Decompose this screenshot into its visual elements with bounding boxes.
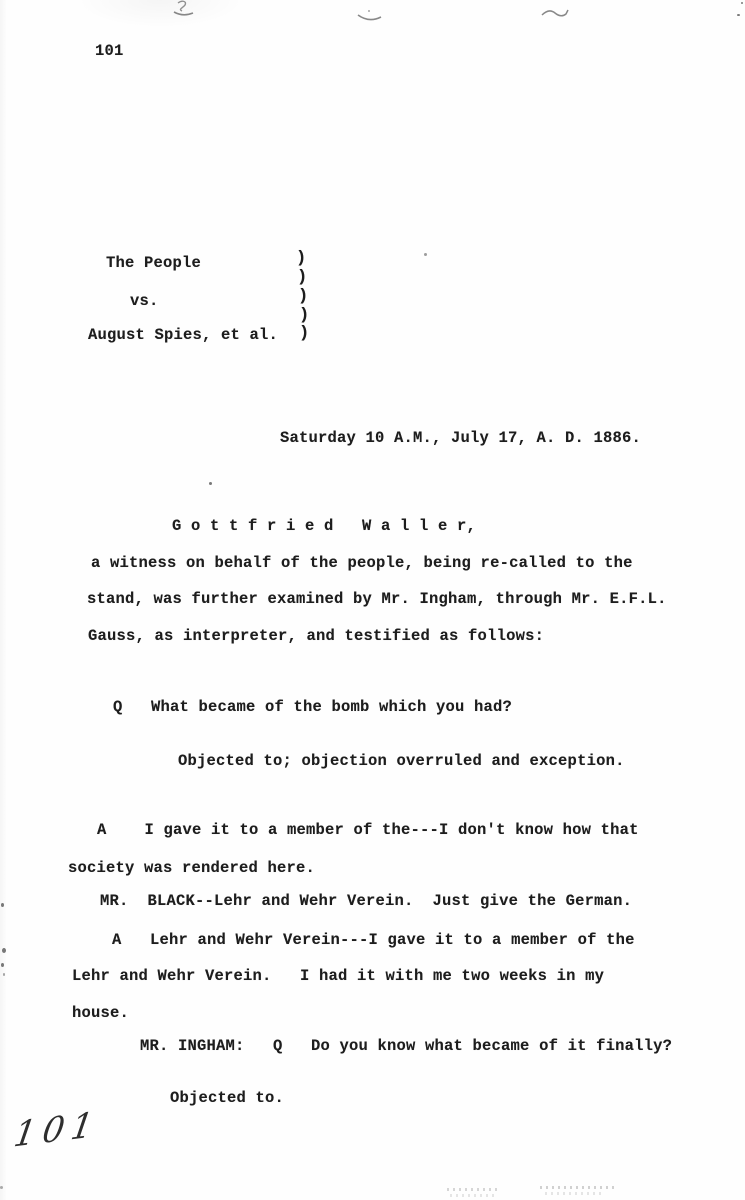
objection-ruling-1: Objected to; objection overruled and exc… — [178, 752, 625, 770]
scan-speck — [0, 1186, 3, 1189]
caption-defendant: August Spies, et al. — [88, 326, 278, 344]
witness-name-heading: G o t t f r i e d W a l l e r, — [172, 517, 476, 535]
caption-bracket: ) — [299, 307, 309, 325]
scan-smudge-icon — [170, 0, 198, 16]
scan-smudge-icon — [539, 4, 569, 22]
caption-versus: vs. — [130, 292, 159, 310]
scan-smudge-icon — [355, 7, 383, 23]
scan-speck — [737, 14, 740, 16]
page-number: 101 — [95, 42, 124, 60]
answer-1-line-2: society was rendered here. — [68, 859, 315, 877]
caption-bracket: ) — [296, 250, 306, 268]
scan-speck — [209, 482, 212, 485]
witness-intro-line-3: Gauss, as interpreter, and testified as … — [88, 627, 544, 645]
session-date-line: Saturday 10 A.M., July 17, A. D. 1886. — [280, 429, 641, 447]
caption-plaintiff: The People — [106, 254, 201, 272]
witness-intro-line-1: a witness on behalf of the people, being… — [91, 554, 633, 572]
objection-2: Objected to. — [170, 1089, 284, 1107]
scan-ghost-text — [540, 1186, 618, 1189]
mr-black-statement: MR. BLACK--Lehr and Wehr Verein. Just gi… — [100, 892, 632, 910]
scan-ghost-text — [545, 1192, 605, 1195]
answer-2-line-1: A Lehr and Wehr Verein---I gave it to a … — [112, 931, 635, 949]
handwritten-page-number: 101 — [11, 1104, 103, 1156]
testimony-question-1: Q What became of the bomb which you had? — [113, 698, 512, 716]
mr-ingham-question: MR. INGHAM: Q Do you know what became of… — [140, 1037, 672, 1055]
answer-2-line-2: Lehr and Wehr Verein. I had it with me t… — [72, 967, 604, 985]
caption-bracket: ) — [299, 325, 309, 343]
scan-speck — [2, 948, 6, 953]
witness-intro-line-2: stand, was further examined by Mr. Ingha… — [87, 590, 667, 608]
scan-speck — [741, 2, 743, 4]
scan-speck — [3, 973, 5, 976]
scan-speck — [1, 963, 4, 967]
scan-ghost-text — [450, 1194, 494, 1197]
answer-2-line-3: house. — [72, 1004, 129, 1022]
caption-bracket: ) — [298, 288, 308, 306]
scan-speck — [1, 903, 4, 907]
scan-ghost-text — [447, 1188, 499, 1191]
caption-bracket: ) — [297, 269, 307, 287]
answer-1-line-1: A I gave it to a member of the---I don't… — [97, 821, 639, 839]
transcript-page: 101 The People vs. August Spies, et al. … — [0, 0, 745, 1200]
scan-speck — [424, 253, 427, 256]
